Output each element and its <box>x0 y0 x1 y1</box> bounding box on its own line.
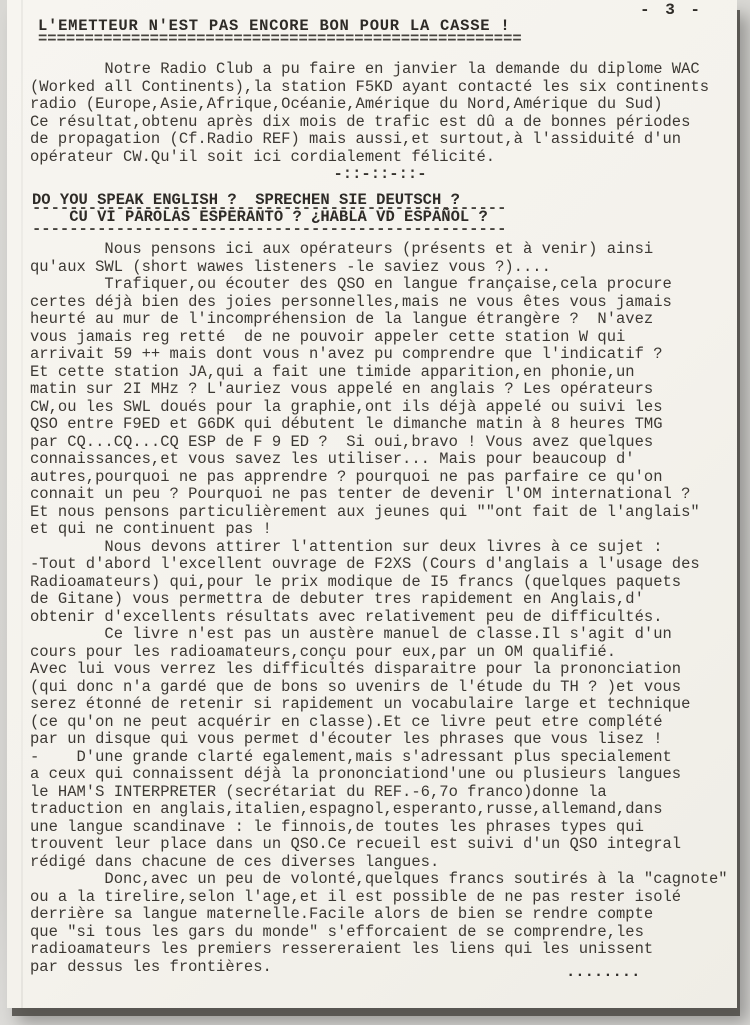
page-number: - 3 - <box>640 2 703 20</box>
paper-sheet: - 3 - L'EMETTEUR N'EST PAS ENCORE BON PO… <box>7 0 737 1008</box>
intro-paragraph: Notre Radio Club a pu faire en janvier l… <box>30 61 709 166</box>
heading-underline-2: ----------------------------------------… <box>32 224 506 234</box>
article-title-underline: ========================================… <box>38 34 522 44</box>
section-separator: -::-::-::- <box>30 166 730 184</box>
paper-crease <box>21 0 23 1008</box>
ending-dots: ........ <box>566 964 640 982</box>
article-body: Nous pensons ici aux opérateurs (présent… <box>30 241 728 976</box>
scanned-page-scene: - 3 - L'EMETTEUR N'EST PAS ENCORE BON PO… <box>0 0 750 1025</box>
